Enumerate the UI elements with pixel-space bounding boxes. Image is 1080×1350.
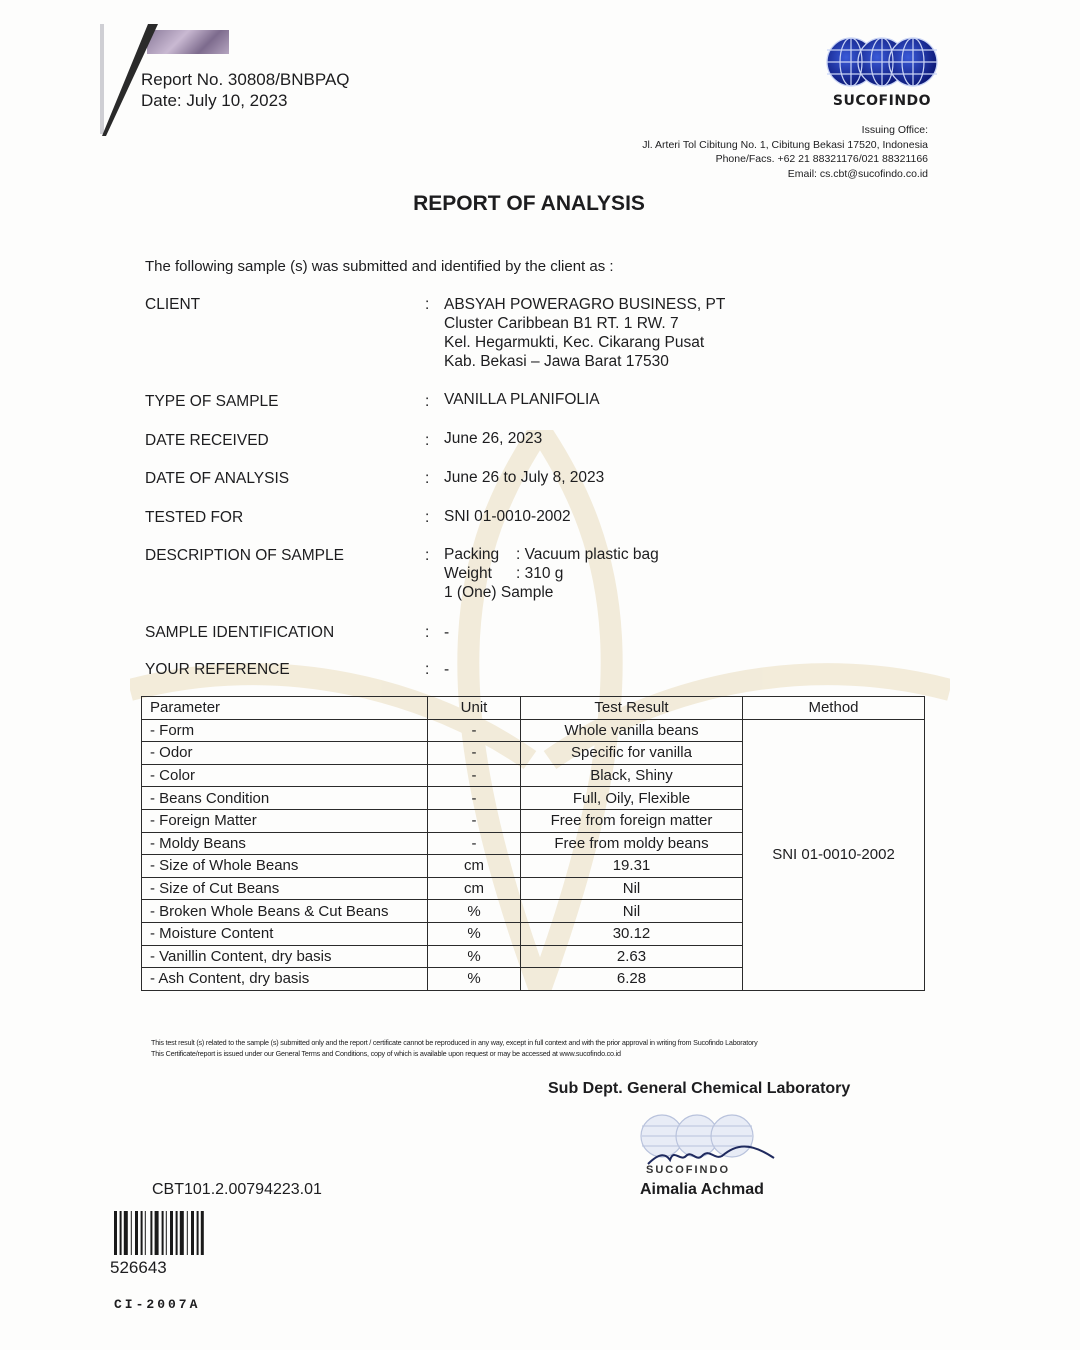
unit-cell: cm (428, 877, 521, 900)
office-phone: Phone/Facs. +62 21 88321176/021 88321166 (642, 152, 928, 167)
result-cell: Free from foreign matter (521, 809, 743, 832)
disclaimer-line-2: This Certificate/report is issued under … (151, 1048, 757, 1059)
result-cell: 2.63 (521, 945, 743, 968)
packing-value: : Vacuum plastic bag (516, 545, 659, 564)
type-of-sample-label: TYPE OF SAMPLE (145, 393, 279, 411)
parameter-cell: - Odor (142, 742, 428, 765)
method-cell: SNI 01-0010-2002 (743, 719, 925, 990)
sucofindo-globe-logo-icon (826, 37, 938, 87)
stamp-signature-icon (640, 1112, 775, 1167)
barcode-number: 526643 (110, 1258, 167, 1278)
table-body: - Form-Whole vanilla beansSNI 01-0010-20… (142, 719, 925, 990)
office-email: Email: cs.cbt@sucofindo.co.id (642, 167, 928, 182)
weight-value: : 310 g (516, 564, 563, 583)
result-cell: 30.12 (521, 922, 743, 945)
parameter-cell: - Size of Whole Beans (142, 855, 428, 878)
unit-cell: - (428, 719, 521, 742)
form-code: CI-2007A (114, 1297, 200, 1312)
document-title: REPORT OF ANALYSIS (0, 192, 1058, 216)
date-of-analysis-value: June 26 to July 8, 2023 (444, 468, 604, 487)
unit-cell: % (428, 900, 521, 923)
header-test-result: Test Result (521, 697, 743, 720)
date-received-value: June 26, 2023 (444, 429, 542, 448)
results-table: Parameter Unit Test Result Method - Form… (141, 696, 925, 991)
unit-cell: - (428, 742, 521, 765)
colon: : (425, 624, 429, 642)
type-of-sample-value: VANILLA PLANIFOLIA (444, 390, 600, 409)
report-header: Report No. 30808/BNBPAQ Date: July 10, 2… (141, 69, 350, 111)
stamp-text: SUCOFINDO (646, 1164, 730, 1176)
parameter-cell: - Broken Whole Beans & Cut Beans (142, 900, 428, 923)
packing-label: Packing (444, 545, 516, 564)
laboratory-name: Sub Dept. General Chemical Laboratory (548, 1080, 850, 1098)
header-unit: Unit (428, 697, 521, 720)
parameter-cell: - Foreign Matter (142, 809, 428, 832)
client-value: ABSYAH POWERAGRO BUSINESS, PT Cluster Ca… (444, 295, 725, 371)
description-label: DESCRIPTION OF SAMPLE (145, 547, 344, 565)
result-cell: Full, Oily, Flexible (521, 787, 743, 810)
unit-cell: % (428, 922, 521, 945)
report-number: Report No. 30808/BNBPAQ (141, 69, 350, 90)
unit-cell: - (428, 787, 521, 810)
colon: : (425, 470, 429, 488)
result-cell: Nil (521, 877, 743, 900)
parameter-cell: - Moldy Beans (142, 832, 428, 855)
result-cell: Whole vanilla beans (521, 719, 743, 742)
colon: : (425, 509, 429, 527)
result-cell: 19.31 (521, 855, 743, 878)
weight-label: Weight (444, 564, 516, 583)
unit-cell: % (428, 945, 521, 968)
parameter-cell: - Size of Cut Beans (142, 877, 428, 900)
office-address: Jl. Arteri Tol Cibitung No. 1, Cibitung … (642, 138, 928, 153)
parameter-cell: - Vanillin Content, dry basis (142, 945, 428, 968)
client-address-3: Kab. Bekasi – Jawa Barat 17530 (444, 352, 725, 371)
unit-cell: - (428, 764, 521, 787)
table-row: - Form-Whole vanilla beansSNI 01-0010-20… (142, 719, 925, 742)
colon: : (425, 547, 429, 565)
colon: : (425, 661, 429, 679)
parameter-cell: - Color (142, 764, 428, 787)
unit-cell: cm (428, 855, 521, 878)
your-reference-value: - (444, 660, 449, 679)
date-of-analysis-label: DATE OF ANALYSIS (145, 470, 289, 488)
sample-identification-value: - (444, 623, 449, 642)
disclaimer-line-1: This test result (s) related to the samp… (151, 1037, 757, 1048)
report-date: Date: July 10, 2023 (141, 90, 350, 111)
sample-identification-label: SAMPLE IDENTIFICATION (145, 624, 334, 642)
document-code: CBT101.2.00794223.01 (152, 1181, 322, 1199)
signer-name: Aimalia Achmad (640, 1181, 764, 1199)
barcode-icon (114, 1211, 220, 1255)
client-address-1: Cluster Caribbean B1 RT. 1 RW. 7 (444, 314, 725, 333)
header-method: Method (743, 697, 925, 720)
parameter-cell: - Ash Content, dry basis (142, 968, 428, 991)
result-cell: Free from moldy beans (521, 832, 743, 855)
table-header-row: Parameter Unit Test Result Method (142, 697, 925, 720)
description-value: Packing: Vacuum plastic bag Weight: 310 … (444, 545, 659, 602)
parameter-cell: - Moisture Content (142, 922, 428, 945)
tested-for-value: SNI 01-0010-2002 (444, 507, 571, 526)
parameter-cell: - Form (142, 719, 428, 742)
disclaimer: This test result (s) related to the samp… (151, 1037, 757, 1059)
colon: : (425, 296, 429, 314)
date-received-label: DATE RECEIVED (145, 432, 269, 450)
client-address-2: Kel. Hegarmukti, Kec. Cikarang Pusat (444, 333, 725, 352)
unit-cell: % (428, 968, 521, 991)
result-cell: Nil (521, 900, 743, 923)
intro-text: The following sample (s) was submitted a… (145, 258, 614, 275)
result-cell: 6.28 (521, 968, 743, 991)
header-parameter: Parameter (142, 697, 428, 720)
unit-cell: - (428, 832, 521, 855)
colon: : (425, 432, 429, 450)
office-label: Issuing Office: (642, 123, 928, 138)
tested-for-label: TESTED FOR (145, 509, 243, 527)
colon: : (425, 393, 429, 411)
sample-count: 1 (One) Sample (444, 583, 659, 602)
logo-wordmark: SUCOFINDO (826, 93, 938, 109)
parameter-cell: - Beans Condition (142, 787, 428, 810)
unit-cell: - (428, 809, 521, 832)
result-cell: Specific for vanilla (521, 742, 743, 765)
issuing-office: Issuing Office: Jl. Arteri Tol Cibitung … (642, 123, 928, 181)
result-cell: Black, Shiny (521, 764, 743, 787)
your-reference-label: YOUR REFERENCE (145, 661, 290, 679)
client-label: CLIENT (145, 296, 200, 314)
client-name: ABSYAH POWERAGRO BUSINESS, PT (444, 295, 725, 314)
